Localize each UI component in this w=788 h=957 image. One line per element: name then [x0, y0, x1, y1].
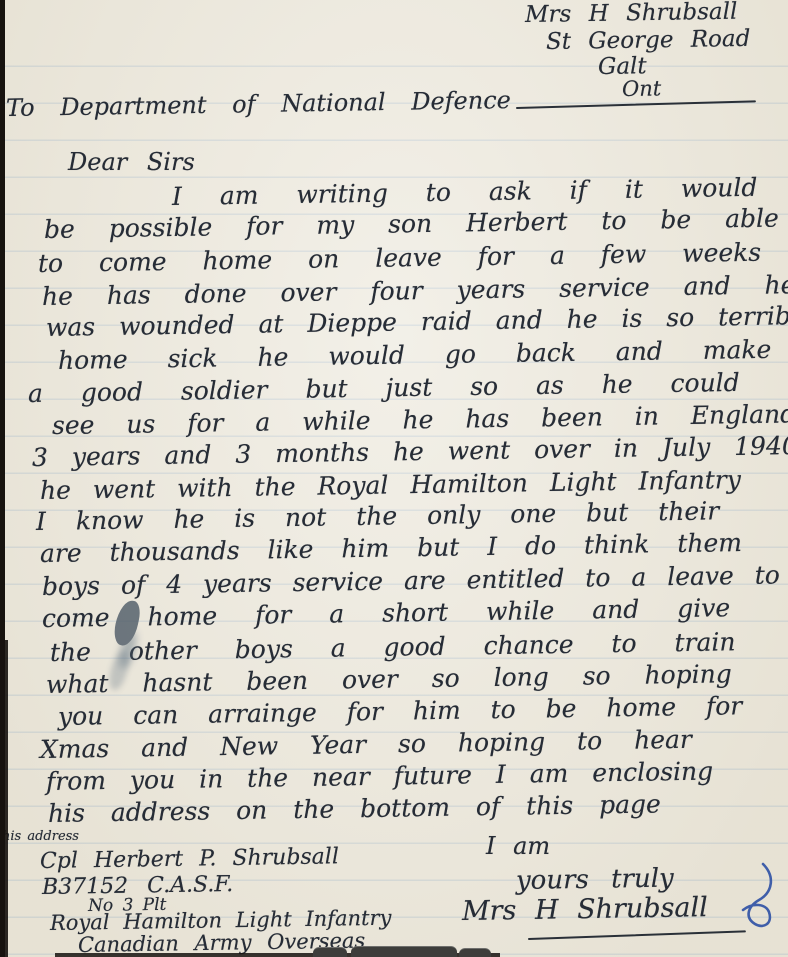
recipient-line: To Department of National Defence: [6, 88, 511, 120]
sender-province: Ont: [622, 78, 662, 100]
sender-city: Galt: [598, 55, 647, 79]
sender-street: St George Road: [546, 28, 751, 54]
body-line: I am writing to ask if it would: [172, 175, 758, 209]
body-line: a good soldier but just so as he could: [28, 370, 740, 406]
body-line: are thousands like him but I do think th…: [40, 530, 742, 566]
body-line: his address on the bottom of this page: [48, 791, 661, 826]
body-line: the other boys a good chance to train: [50, 629, 736, 665]
sender-underline: [516, 100, 756, 109]
body-line: what hasnt been over so long so hoping: [46, 661, 732, 697]
signature-underline: [528, 930, 746, 940]
body-line: to come home on leave for a few weeks as: [38, 239, 788, 276]
body-line: you can arrainge for him to be home for: [58, 693, 743, 729]
scan-tab: [459, 948, 491, 957]
scan-edge-left-lower: [0, 640, 8, 957]
scan-tab: [351, 946, 457, 957]
margin-note: his address: [2, 830, 79, 843]
scan-tab: [313, 947, 347, 957]
body-line: from you in the near future I am enclosi…: [46, 759, 714, 794]
signature: Mrs H Shrubsall: [462, 894, 708, 925]
body-line: come home for a short while and give: [42, 595, 730, 631]
address-line-name: Cpl Herbert P. Shrubsall: [40, 846, 339, 873]
sender-name: Mrs H Shrubsall: [525, 1, 738, 27]
body-line: home sick he would go back and make: [58, 337, 772, 373]
letter-page: Mrs H Shrubsall St George Road Galt Ont …: [0, 0, 788, 957]
body-line: Xmas and New Year so hoping to hear: [40, 727, 692, 762]
ink-flourish-icon: [733, 862, 781, 934]
closing-i-am: I am: [486, 834, 550, 858]
body-line: be possible for my son Herbert to be abl…: [44, 205, 779, 242]
salutation: Dear Sirs: [68, 150, 195, 174]
body-line: I know he is not the only one but their: [36, 498, 720, 534]
closing-valediction: yours truly: [516, 866, 674, 894]
